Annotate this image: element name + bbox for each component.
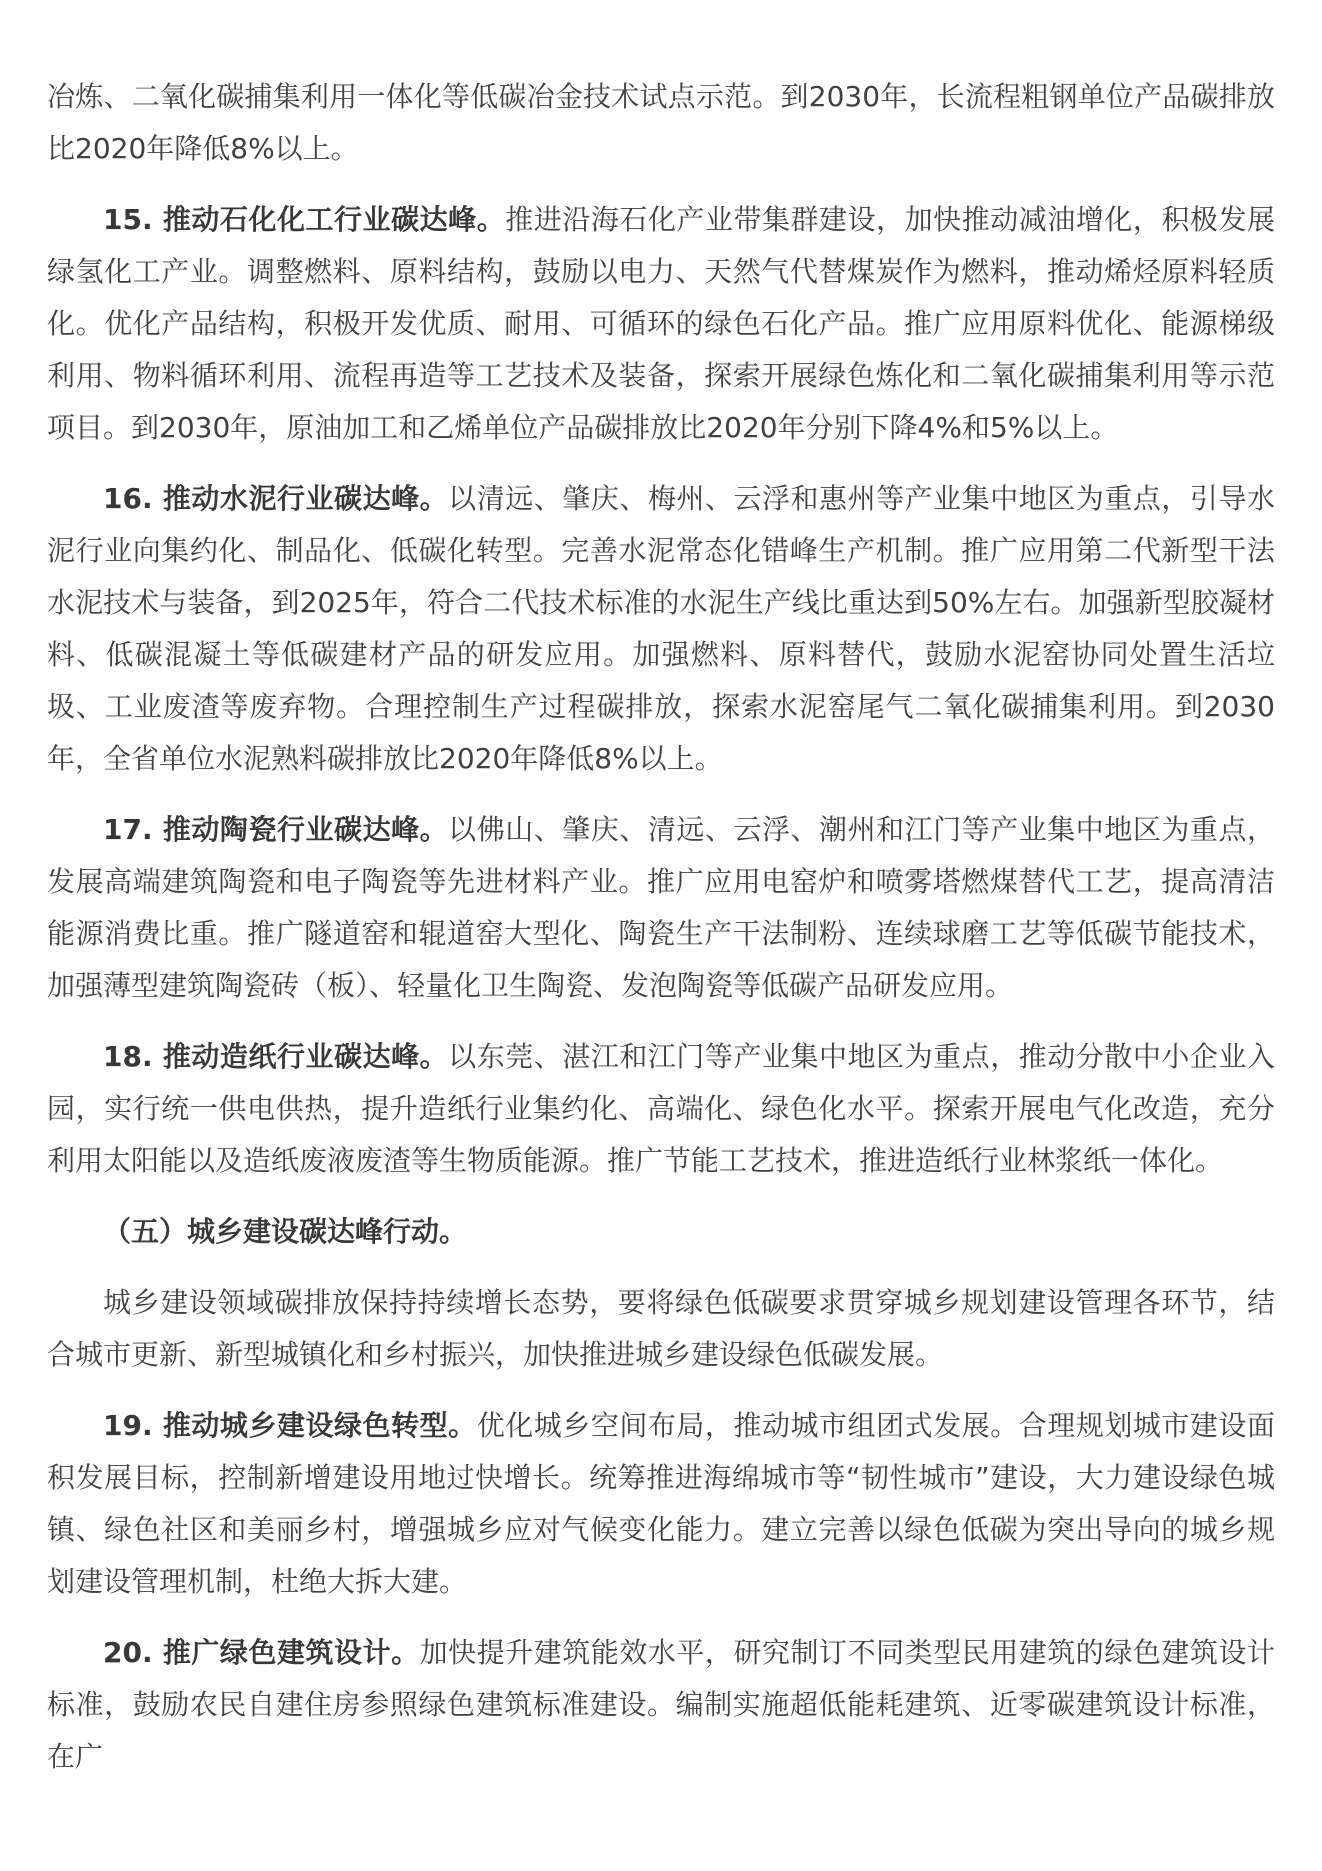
paragraph-item-16: 16. 推动水泥行业碳达峰。以清远、肇庆、梅州、云浮和惠州等产业集中地区为重点，… (47, 473, 1275, 785)
paragraph-item-20: 20. 推广绿色建筑设计。加快提升建筑能效水平，研究制订不同类型民用建筑的绿色建… (47, 1627, 1275, 1783)
section-heading-text: （五）城乡建设碳达峰行动。 (103, 1215, 467, 1248)
paragraph-item-15: 15. 推动石化化工行业碳达峰。推进沿海石化产业带集群建设，加快推动减油增化，积… (47, 194, 1275, 454)
paragraph-text: 以清远、肇庆、梅州、云浮和惠州等产业集中地区为重点，引导水泥行业向集约化、制品化… (47, 482, 1275, 775)
paragraph-item-19: 19. 推动城乡建设绿色转型。优化城乡空间布局，推动城市组团式发展。合理规划城市… (47, 1400, 1275, 1608)
paragraph-urban-intro: 城乡建设领域碳排放保持持续增长态势，要将绿色低碳要求贯穿城乡规划建设管理各环节，… (47, 1277, 1275, 1381)
paragraph-text: 冶炼、二氧化碳捕集利用一体化等低碳冶金技术试点示范。到2030年，长流程粗钢单位… (47, 80, 1275, 165)
paragraph-lead: 20. 推广绿色建筑设计。 (103, 1636, 420, 1669)
section-5-heading: （五）城乡建设碳达峰行动。 (47, 1206, 1275, 1258)
paragraph-item-17: 17. 推动陶瓷行业碳达峰。以佛山、肇庆、清远、云浮、潮州和江门等产业集中地区为… (47, 804, 1275, 1012)
paragraph-text: 推进沿海石化产业带集群建设，加快推动减油增化，积极发展绿氢化工产业。调整燃料、原… (47, 203, 1275, 444)
paragraph-continuation: 冶炼、二氧化碳捕集利用一体化等低碳冶金技术试点示范。到2030年，长流程粗钢单位… (47, 71, 1275, 175)
paragraph-lead: 16. 推动水泥行业碳达峰。 (103, 482, 448, 515)
document-page: 冶炼、二氧化碳捕集利用一体化等低碳冶金技术试点示范。到2030年，长流程粗钢单位… (0, 0, 1322, 1871)
paragraph-text: 城乡建设领域碳排放保持持续增长态势，要将绿色低碳要求贯穿城乡规划建设管理各环节，… (47, 1286, 1275, 1371)
paragraph-lead: 17. 推动陶瓷行业碳达峰。 (103, 813, 448, 846)
paragraph-lead: 15. 推动石化化工行业碳达峰。 (103, 203, 505, 236)
paragraph-lead: 18. 推动造纸行业碳达峰。 (103, 1040, 448, 1073)
paragraph-item-18: 18. 推动造纸行业碳达峰。以东莞、湛江和江门等产业集中地区为重点，推动分散中小… (47, 1031, 1275, 1187)
paragraph-lead: 19. 推动城乡建设绿色转型。 (103, 1409, 477, 1442)
